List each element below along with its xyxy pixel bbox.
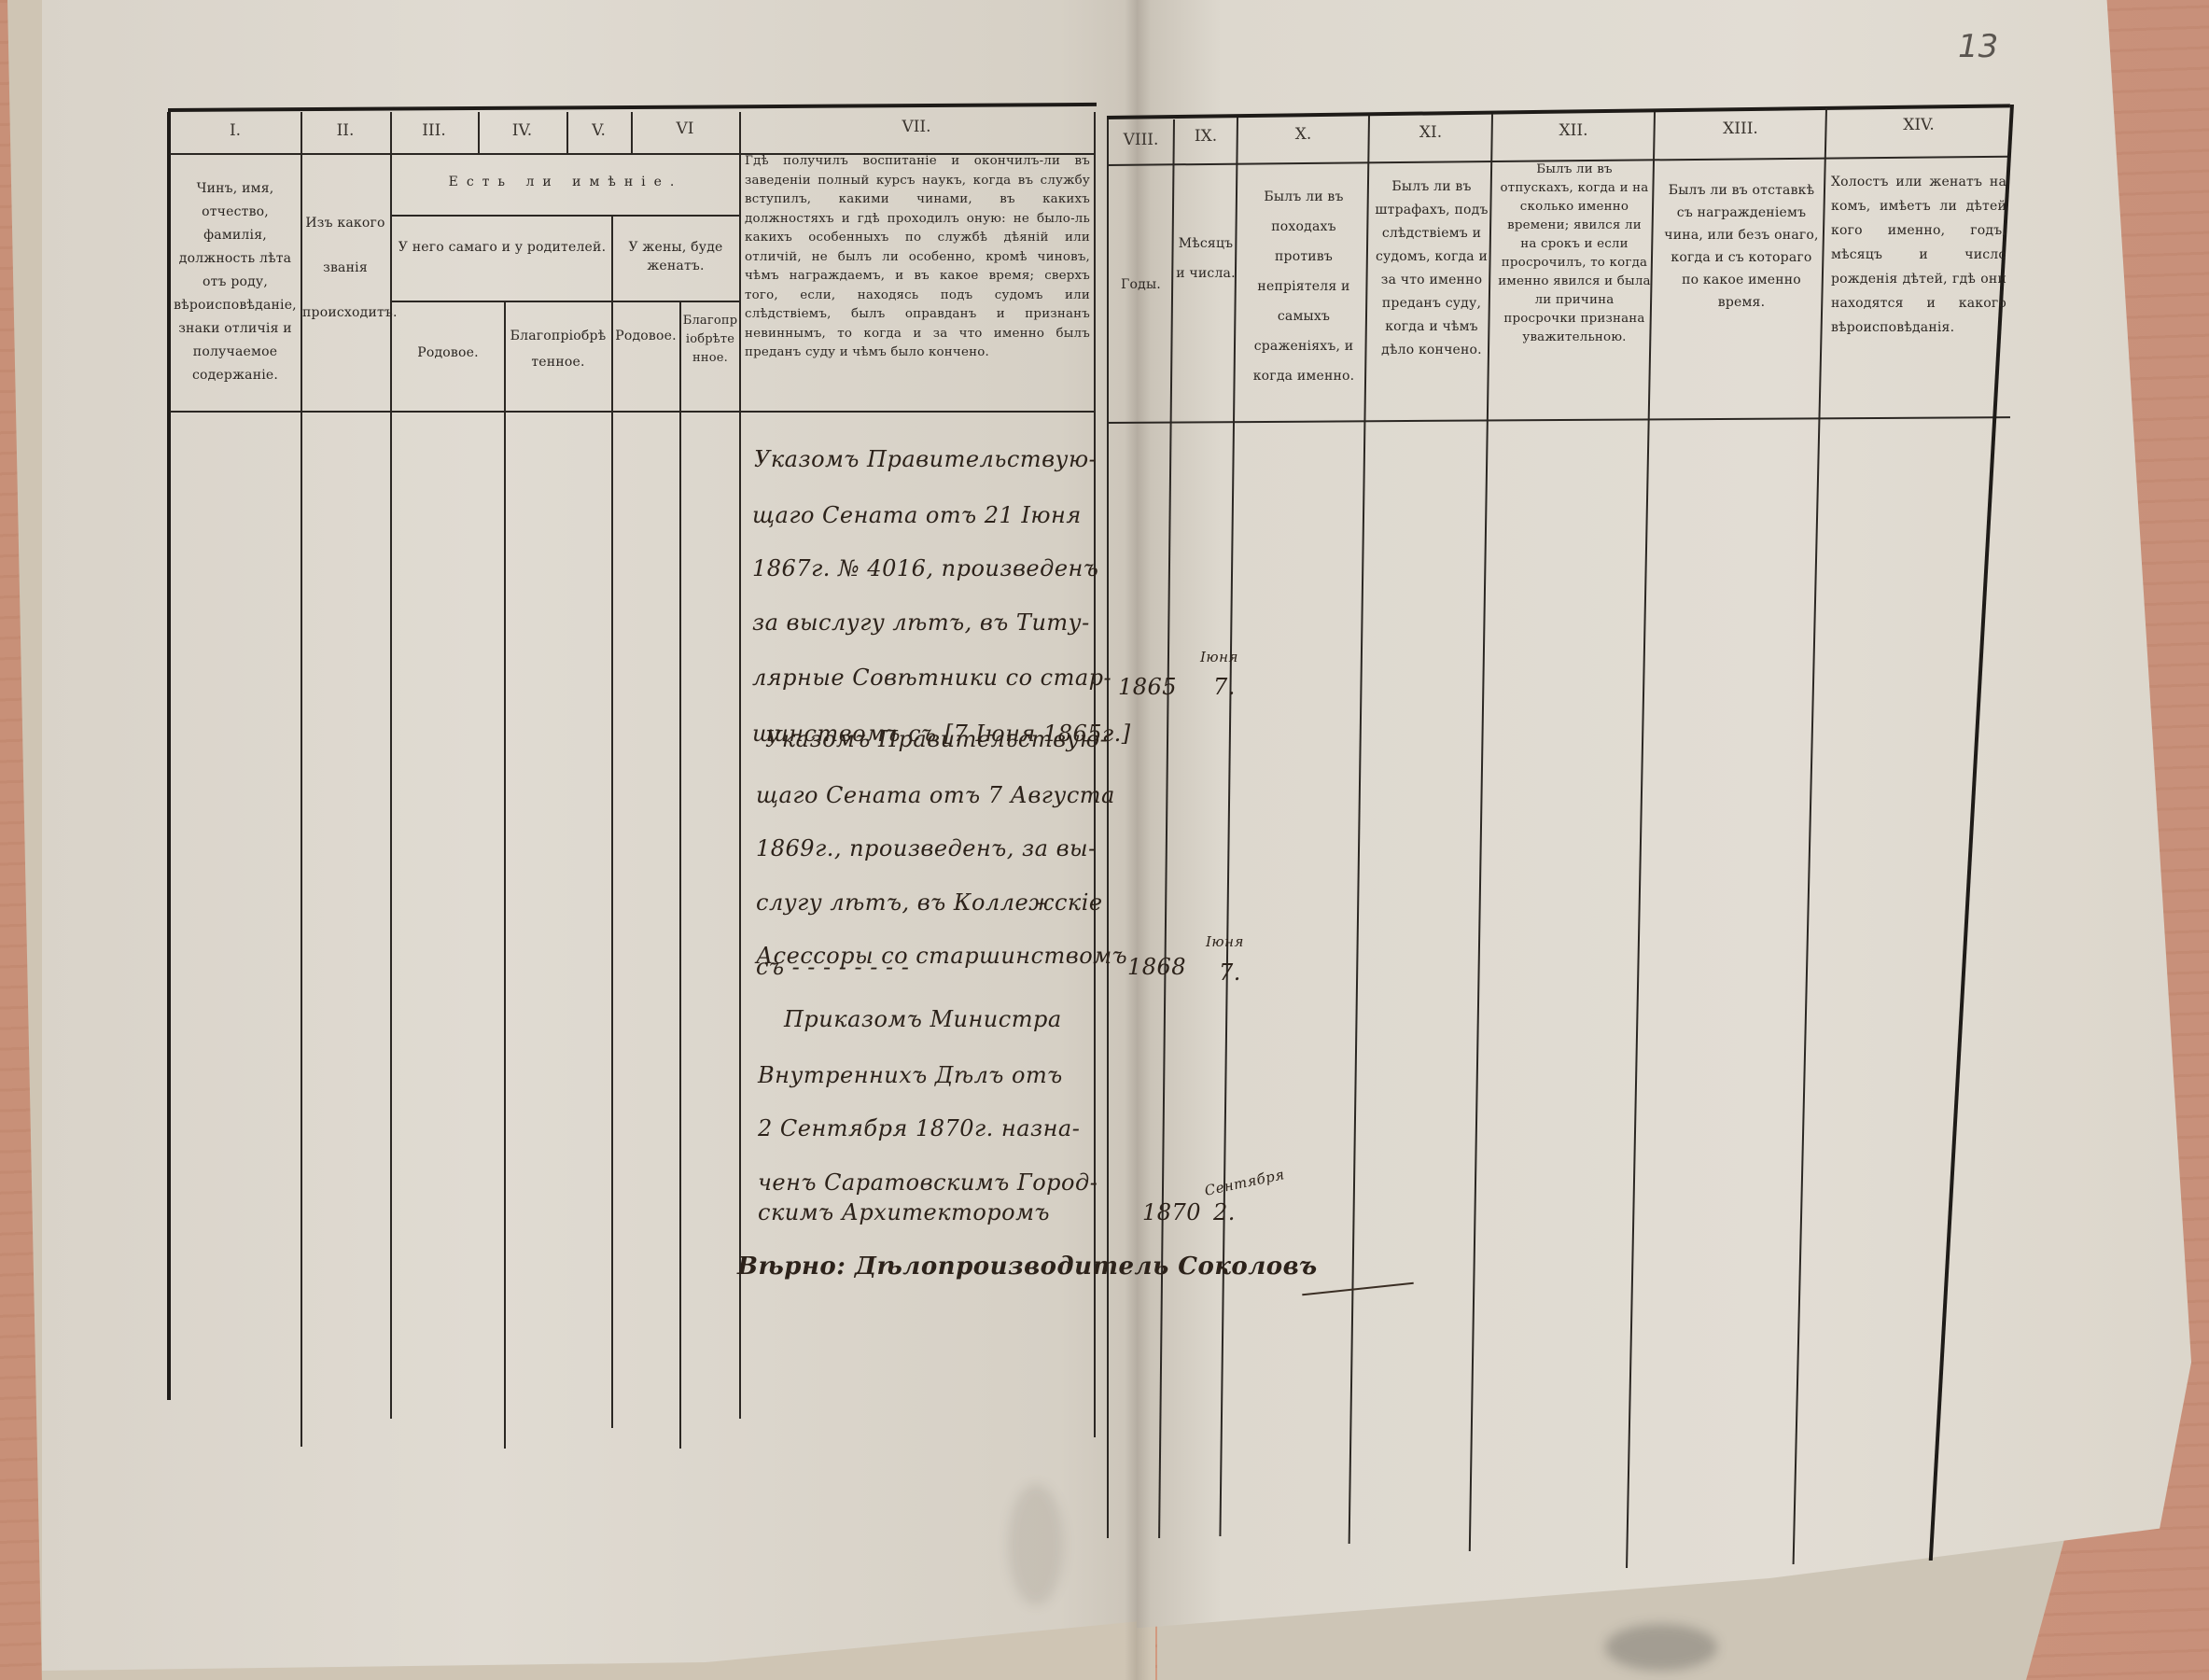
entry-month: Іюня xyxy=(1206,933,1244,950)
entry-line: лярные Совѣтники со стар- xyxy=(752,665,1111,691)
table-left-border xyxy=(167,112,171,1400)
entry-line: слугу лѣтъ, въ Коллежскіе xyxy=(756,889,1103,916)
col-VI-header: Благопріобрѣтенное. xyxy=(682,312,738,368)
paper-stain xyxy=(1605,1624,1717,1671)
col-divider-V-VI xyxy=(679,301,681,1449)
property-header: Есть ли имѣніе. xyxy=(392,173,739,191)
col-number: X. xyxy=(1238,125,1368,144)
entry-line: за выслугу лѣтъ, въ Титу- xyxy=(752,609,1090,636)
col-number: I. xyxy=(170,121,301,140)
entry-month: Іюня xyxy=(1200,649,1238,665)
entry-day: 7. xyxy=(1213,674,1236,700)
entry-line: 2 Сентября 1870г. назна- xyxy=(758,1115,1080,1141)
header-divider xyxy=(170,411,1094,413)
col-III-header: Родовое. xyxy=(394,343,502,362)
col-number: IX. xyxy=(1175,127,1237,146)
col-number: VI xyxy=(631,119,739,138)
entry-line: 1869г., произведенъ, за вы- xyxy=(756,835,1097,861)
entry-line: щаго Сената отъ 21 Іюня xyxy=(752,502,1082,528)
property-subrow-divider xyxy=(392,301,739,302)
col-number: XII. xyxy=(1493,121,1654,140)
col-number: XIV. xyxy=(1827,116,2010,134)
col-number: XIII. xyxy=(1656,119,1825,138)
col-number: V. xyxy=(566,121,631,140)
col-XIII-header: Былъ ли въ отставкѣ съ награжденіемъ чин… xyxy=(1661,179,1822,314)
col-XI-header: Былъ ли въ штрафахъ, подъ слѣдствіемъ и … xyxy=(1374,175,1489,362)
property-wife-header: У жены, буде женатъ. xyxy=(615,238,736,275)
col-X-header: Былъ ли въ походахъ противъ непріятеля и… xyxy=(1241,182,1366,391)
certification-signature: Вѣрно: Дѣлопроизводитель Соколовъ xyxy=(737,1253,1318,1281)
col-VII-right-border xyxy=(1094,112,1096,1437)
entry-line: Указомъ Правительствую- xyxy=(754,446,1097,472)
col-number: III. xyxy=(390,121,478,140)
page-number-mark: 13 xyxy=(1958,28,1998,65)
entry-line: скимъ Архитекторомъ xyxy=(758,1199,1050,1225)
property-own-header: У него самаго и у родителей. xyxy=(396,238,608,257)
col-VII-header: Гдѣ получилъ воспитаніе и окончилъ-ли въ… xyxy=(745,152,1090,363)
entry-line: Указомъ Правительствую- xyxy=(765,726,1108,752)
entry-day: 2. xyxy=(1213,1199,1236,1225)
table-left-border xyxy=(1107,119,1109,1538)
entry-line: 1867г. № 4016, произведенъ xyxy=(752,555,1098,581)
entry-year: 1865 xyxy=(1118,674,1177,700)
entry-line: съ - - - - - - - - xyxy=(756,954,909,980)
col-IX-header: Мѣсяцъ и числа. xyxy=(1175,229,1237,288)
entry-line: ченъ Саратовскимъ Город- xyxy=(758,1169,1098,1196)
col-I-header: Чинъ, имя, отчество, фамилія, должность … xyxy=(174,177,297,387)
col-number: IV. xyxy=(478,121,566,140)
col-number: VIII. xyxy=(1109,131,1173,149)
entry-year: 1868 xyxy=(1127,954,1186,980)
entry-line: щаго Сената отъ 7 Августа xyxy=(756,782,1115,808)
entry-line: Внутреннихъ Дѣлъ отъ xyxy=(758,1062,1063,1088)
paper-stain xyxy=(1008,1484,1064,1605)
col-XIV-header: Холостъ или женатъ на комъ, имѣетъ ли дѣ… xyxy=(1831,170,2006,340)
entry-day: 7. xyxy=(1219,959,1241,986)
col-V-header: Родовое. xyxy=(614,323,678,349)
entry-line: Приказомъ Министра xyxy=(784,1006,1062,1032)
col-II-header: Изъ какого званія происходитъ. xyxy=(302,201,388,335)
col-VIII-header: Годы. xyxy=(1109,275,1173,294)
col-divider-III-IV xyxy=(504,301,506,1449)
col-divider-IV-V xyxy=(611,215,613,1428)
col-number: VII. xyxy=(739,118,1094,136)
entry-year: 1870 xyxy=(1142,1199,1201,1225)
property-row-divider xyxy=(392,215,739,217)
col-number: II. xyxy=(301,121,390,140)
col-XII-header: Былъ ли въ отпускахъ, когда и на сколько… xyxy=(1498,161,1651,347)
book-fold xyxy=(1125,0,1151,1680)
col-divider-VI-VII xyxy=(739,112,741,1419)
col-IV-header: Благопріобрѣтенное. xyxy=(508,323,608,375)
col-number: XI. xyxy=(1370,123,1491,142)
